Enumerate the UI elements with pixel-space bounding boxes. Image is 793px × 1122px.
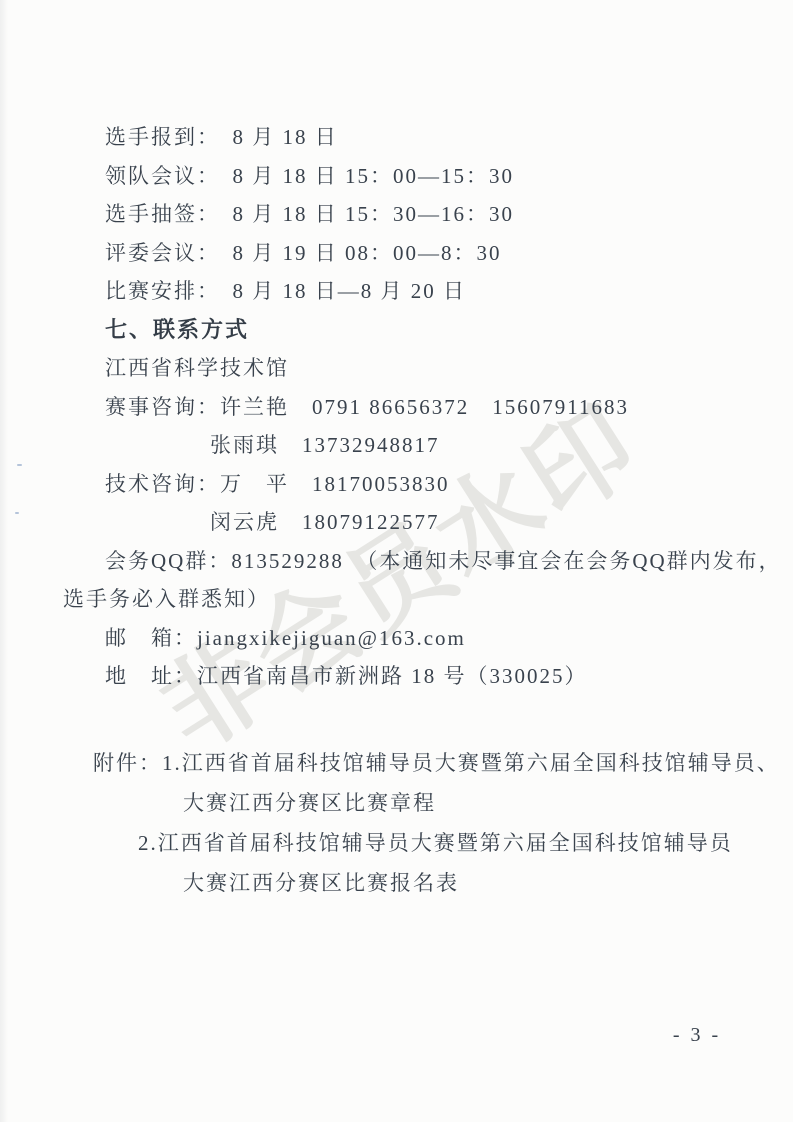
- attachment-2-title-cont: 大赛江西分赛区比赛报名表: [63, 863, 763, 903]
- section-heading-contact: 七、联系方式: [63, 311, 763, 350]
- schedule-line-competition: 比赛安排： 8 月 18 日—8 月 20 日: [63, 272, 763, 311]
- schedule-line-judge-meeting: 评委会议： 8 月 19 日 08：00—8：30: [63, 234, 763, 273]
- attachment-1-title-cont: 大赛江西分赛区比赛章程: [63, 783, 763, 823]
- paragraph-gap: [63, 696, 763, 743]
- contact-line-tech-consult: 技术咨询：万 平 18170053830: [63, 465, 763, 504]
- attachment-1-title: 1.江西省首届科技馆辅导员大赛暨第六届全国科技馆辅导员、: [162, 751, 780, 775]
- schedule-line-draw: 选手抽签： 8 月 18 日 15：30—16：30: [63, 195, 763, 234]
- contact-line-email: 邮 箱：jiangxikejiguan@163.com: [63, 619, 763, 658]
- scanned-document-page: 非会员水印 选手报到： 8 月 18 日 领队会议： 8 月 18 日 15：0…: [0, 0, 793, 1122]
- attachment-2-title: 2.江西省首届科技馆辅导员大赛暨第六届全国科技馆辅导员: [63, 823, 763, 863]
- organization-name: 江西省科学技术馆: [63, 349, 763, 388]
- scan-edge-shadow: [0, 0, 8, 1122]
- schedule-line-registration: 选手报到： 8 月 18 日: [63, 118, 763, 157]
- attachments-label: 附件：: [93, 751, 162, 775]
- contact-line-qq-group: 会务QQ群：813529288 （本通知未尽事宜会在会务QQ群内发布，: [63, 542, 763, 581]
- page-number: - 3 -: [647, 1024, 747, 1047]
- scan-artifact: [15, 512, 19, 514]
- contact-line-address: 地 址：江西省南昌市新洲路 18 号（330025）: [63, 657, 763, 696]
- contact-line-event-consult: 赛事咨询：许兰艳 0791 86656372 15607911683: [63, 388, 763, 427]
- schedule-line-leader-meeting: 领队会议： 8 月 18 日 15：00—15：30: [63, 157, 763, 196]
- contact-line-tech-consult-2: 闵云虎 18079122577: [63, 503, 763, 542]
- contact-line-event-consult-2: 张雨琪 13732948817: [63, 426, 763, 465]
- contact-line-qq-group-wrap: 选手务必入群悉知）: [63, 580, 763, 619]
- scan-artifact: [17, 464, 22, 466]
- attachment-line-1: 附件：1.江西省首届科技馆辅导员大赛暨第六届全国科技馆辅导员、: [63, 743, 763, 783]
- document-body: 选手报到： 8 月 18 日 领队会议： 8 月 18 日 15：00—15：3…: [63, 118, 763, 903]
